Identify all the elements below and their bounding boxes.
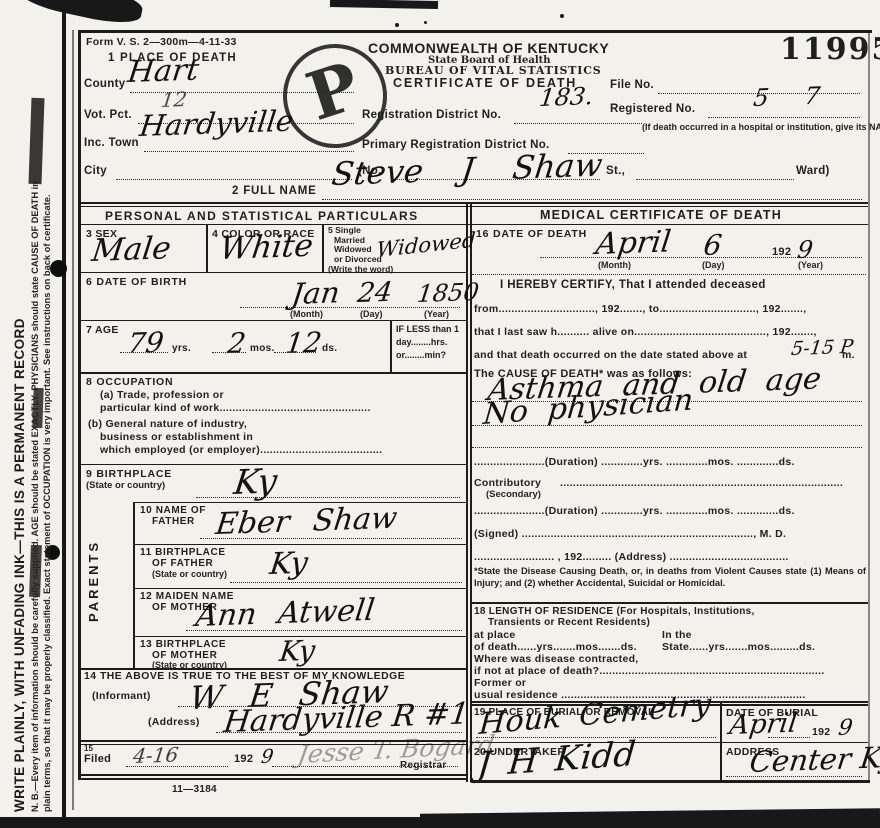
father-bp-sub: (State or country): [152, 569, 227, 579]
if-less-line-1: IF LESS than 1: [396, 323, 459, 336]
residence-top-rule: [472, 602, 868, 604]
personal-section-title: PERSONAL AND STATISTICAL PARTICULARS: [105, 209, 419, 223]
father-bp-value: Ky: [268, 549, 309, 580]
at-place-label: at place: [474, 629, 516, 641]
mother-bp-value: Ky: [278, 637, 317, 666]
in-the-label: In the: [662, 629, 692, 641]
if-less-line-3: or........min?: [396, 349, 459, 362]
duration-line-1: ......................(Duration) .......…: [474, 456, 795, 468]
duration-line-2: ......................(Duration) .......…: [474, 505, 795, 517]
dob-year-sub: (Year): [424, 309, 449, 319]
right-column-bottom-rule: [472, 780, 870, 783]
occupation-a2: particular kind of work.................…: [100, 402, 371, 414]
date-of-death-line: [540, 257, 862, 258]
mother-bp-label-1: 13 BIRTHPLACE: [140, 639, 226, 650]
filed-year-printed: 192: [234, 753, 253, 765]
age-years-value: 79: [126, 329, 165, 358]
age-mos-label: mos.: [250, 343, 275, 354]
contributory-dots: ........................................…: [560, 477, 843, 489]
top-smear: [330, 0, 438, 9]
registration-district-value: 183.: [538, 84, 595, 110]
form-border-top: [78, 30, 872, 33]
date-of-death-label: 16 DATE OF DEATH: [476, 228, 587, 240]
age-months-value: 2: [226, 329, 247, 358]
color-race-value: White: [218, 231, 315, 265]
filed-date-value: 4-16: [132, 744, 180, 766]
mother-name-value: Ann Atwell: [194, 596, 376, 632]
if-less-block: IF LESS than 1 day........hrs. or.......…: [396, 323, 459, 362]
birthplace-value: Ky: [232, 465, 279, 500]
last-saw-line: that I last saw h.......... alive on....…: [474, 326, 817, 338]
city-line: [116, 179, 352, 180]
informant-address-label: (Address): [148, 716, 200, 728]
county-value: Hart: [126, 56, 201, 88]
occupation-a1: (a) Trade, profession or: [100, 389, 224, 401]
father-name-rule: [133, 544, 466, 545]
medical-section-title: MEDICAL CERTIFICATE OF DEATH: [540, 208, 782, 222]
serial-number: 11995: [780, 32, 880, 67]
full-name-label: 2 FULL NAME: [232, 185, 317, 197]
occupation-label: 8 OCCUPATION: [86, 376, 173, 388]
color-marital-divider: [322, 224, 324, 272]
dod-year-suffix: 9: [796, 237, 814, 262]
father-name-label-2: FATHER: [152, 516, 195, 527]
filed-label: Filed: [84, 753, 111, 765]
burial-date-year-printed: 192: [812, 726, 830, 738]
burial-date-year-suffix: 9: [837, 718, 854, 740]
age-years-line: [120, 352, 168, 353]
parents-bottom-rule: [78, 668, 466, 670]
sidebar-instructions: WRITE PLAINLY, WITH UNFADING INK—THIS IS…: [12, 164, 53, 812]
filed-double-rule-2: [78, 778, 466, 780]
city-label: City: [84, 165, 107, 177]
mother-name-line: [186, 630, 462, 631]
dod-day-sub: (Day): [702, 260, 725, 270]
cause-rule-3: [472, 447, 862, 448]
form-border-left: [78, 30, 81, 778]
dob-day-sub: (Day): [360, 309, 383, 319]
former-label: Former or: [474, 677, 526, 689]
header-double-rule-2: [78, 206, 868, 208]
header-double-rule-1: [78, 202, 868, 204]
dob-label: 6 DATE OF BIRTH: [86, 276, 187, 288]
sex-color-divider: [206, 224, 208, 272]
age-yrs-label: yrs.: [172, 343, 191, 354]
occupation-b2: business or establishment in: [100, 431, 253, 443]
inc-town-label: Inc. Town: [84, 137, 139, 149]
parents-strip-label: PARENTS: [86, 492, 101, 622]
birthplace-sub: (State or country): [86, 480, 165, 491]
age-label: 7 AGE: [86, 324, 119, 336]
age-days-line: [274, 352, 316, 353]
full-name-line: [322, 199, 862, 200]
st-label: St.,: [606, 165, 625, 177]
age-ifless-divider: [390, 320, 392, 372]
burial-date-line: [768, 737, 810, 738]
signed-line: (Signed) ...............................…: [474, 528, 786, 540]
dob-month: Jan: [290, 278, 341, 309]
registration-district-line: [514, 123, 642, 124]
registered-no-label: Registered No.: [610, 103, 695, 115]
father-bp-rule: [133, 588, 466, 589]
death-time-m-suffix: m.: [842, 349, 855, 361]
corner-curl-mark: [16, 0, 145, 29]
ink-speck-2: [424, 21, 427, 24]
dob-month-sub: (Month): [290, 309, 323, 319]
certify-statement: I HEREBY CERTIFY, That I attended deceas…: [500, 279, 766, 291]
file-no-label: File No.: [610, 79, 654, 91]
occupation-b1: (b) General nature of industry,: [88, 418, 247, 430]
if-less-line-2: day........hrs.: [396, 336, 459, 349]
form-border-right: [868, 30, 870, 782]
ink-speck-1: [395, 23, 399, 27]
ink-speck-3: [560, 14, 564, 18]
father-name-label-1: 10 NAME OF: [140, 505, 206, 516]
residence-label-2: Transients or Recent Residents): [488, 617, 650, 628]
age-row-rule: [78, 372, 466, 374]
inc-town-value: Hardyville: [138, 107, 295, 141]
birthplace-line: [196, 497, 460, 498]
undertaker-value: J H Kidd: [476, 737, 637, 782]
full-name-value: Steve J Shaw: [330, 149, 604, 190]
undertaker-address-value: Center Ky: [748, 743, 880, 777]
registrar-label: Registrar: [400, 760, 447, 771]
undertaker-address-line: [726, 776, 862, 777]
parents-strip-divider: [133, 502, 135, 668]
birthplace-label: 9 BIRTHPLACE: [86, 468, 172, 480]
state-line: State......yrs.......mos.........ds.: [662, 641, 815, 653]
dob-day: 24: [356, 279, 394, 307]
footer-code: 11—3184: [172, 784, 217, 795]
occupation-b3: which employed (or employer)............…: [100, 444, 382, 456]
father-bp-label-1: 11 BIRTHPLACE: [140, 547, 226, 558]
violent-death-footnote: *State the Disease Causing Death, or, in…: [474, 566, 866, 589]
vot-pct-label: Vot. Pct.: [84, 109, 132, 121]
ward-label: Ward): [796, 165, 830, 177]
st-line: [636, 179, 794, 180]
dod-month-sub: (Month): [598, 260, 631, 270]
informant-label: (Informant): [92, 690, 151, 702]
form-number: Form V. S. 2—300m—4-11-33: [86, 36, 237, 48]
contracted-line-2: if not at place of death?...............…: [474, 665, 825, 677]
filed-double-rule-1: [78, 774, 466, 776]
registration-district-label: Registration District No.: [362, 109, 501, 121]
father-bp-line: [230, 582, 462, 583]
death-occurred-line: and that death occurred on the date stat…: [474, 349, 747, 361]
county-label: County: [84, 78, 125, 90]
section-title-rule: [78, 224, 868, 225]
scan-edge-left-bar: [62, 6, 66, 828]
registered-no-value: 5 7: [752, 83, 836, 110]
age-days-value: 12: [284, 329, 323, 358]
death-certificate-scan: { "colors": {"ink": "#1c1c1c", "paper": …: [0, 0, 880, 828]
dob-year: 1850: [416, 280, 480, 306]
cause-rule-2: [472, 425, 862, 426]
filed-year-suffix: 9: [260, 748, 274, 767]
registered-no-line: [708, 117, 860, 118]
filed-line-1: [126, 766, 228, 767]
residence-label-1: 18 LENGTH OF RESIDENCE (For Hospitals, I…: [474, 606, 755, 617]
dod-year-sub: (Year): [798, 260, 823, 270]
of-death-line: of death......yrs.......mos.......ds.: [474, 641, 637, 653]
contracted-line-1: Where was disease contracted,: [474, 653, 639, 665]
father-name-line: [200, 538, 462, 539]
sex-value: Male: [90, 233, 173, 267]
dod-month-value: April: [594, 227, 672, 260]
scan-edge-left-thin: [72, 30, 74, 810]
burial-date-month: April: [728, 710, 799, 739]
dod-day-value: 6: [702, 231, 723, 260]
age-months-line: [212, 352, 246, 353]
father-bp-label-2: OF FATHER: [152, 558, 213, 569]
secondary-label: (Secondary): [486, 489, 541, 500]
certify-top-line: [472, 274, 866, 275]
dob-row-rule: [78, 320, 466, 321]
father-name-value: Eber Shaw: [214, 504, 399, 540]
inc-town-line: [144, 151, 354, 152]
sex-row-rule: [78, 272, 466, 273]
age-ds-label: ds.: [322, 343, 337, 354]
commonwealth-title: COMMONWEALTH OF KENTUCKY: [368, 40, 609, 56]
sidebar-note: N. B.—Every item of information should b…: [30, 172, 53, 812]
item-15-number: 15: [84, 744, 93, 753]
dod-year-printed: 192: [772, 246, 791, 258]
contributory-label: Contributory: [474, 477, 541, 489]
sidebar-headline: WRITE PLAINLY, WITH UNFADING INK—THIS IS…: [12, 164, 27, 812]
hospital-note: (If death occurred in a hospital or inst…: [642, 122, 868, 133]
attended-from-line: from.............................., 192.…: [474, 303, 806, 315]
address-192-line: ......................... , 192.........…: [474, 551, 789, 563]
